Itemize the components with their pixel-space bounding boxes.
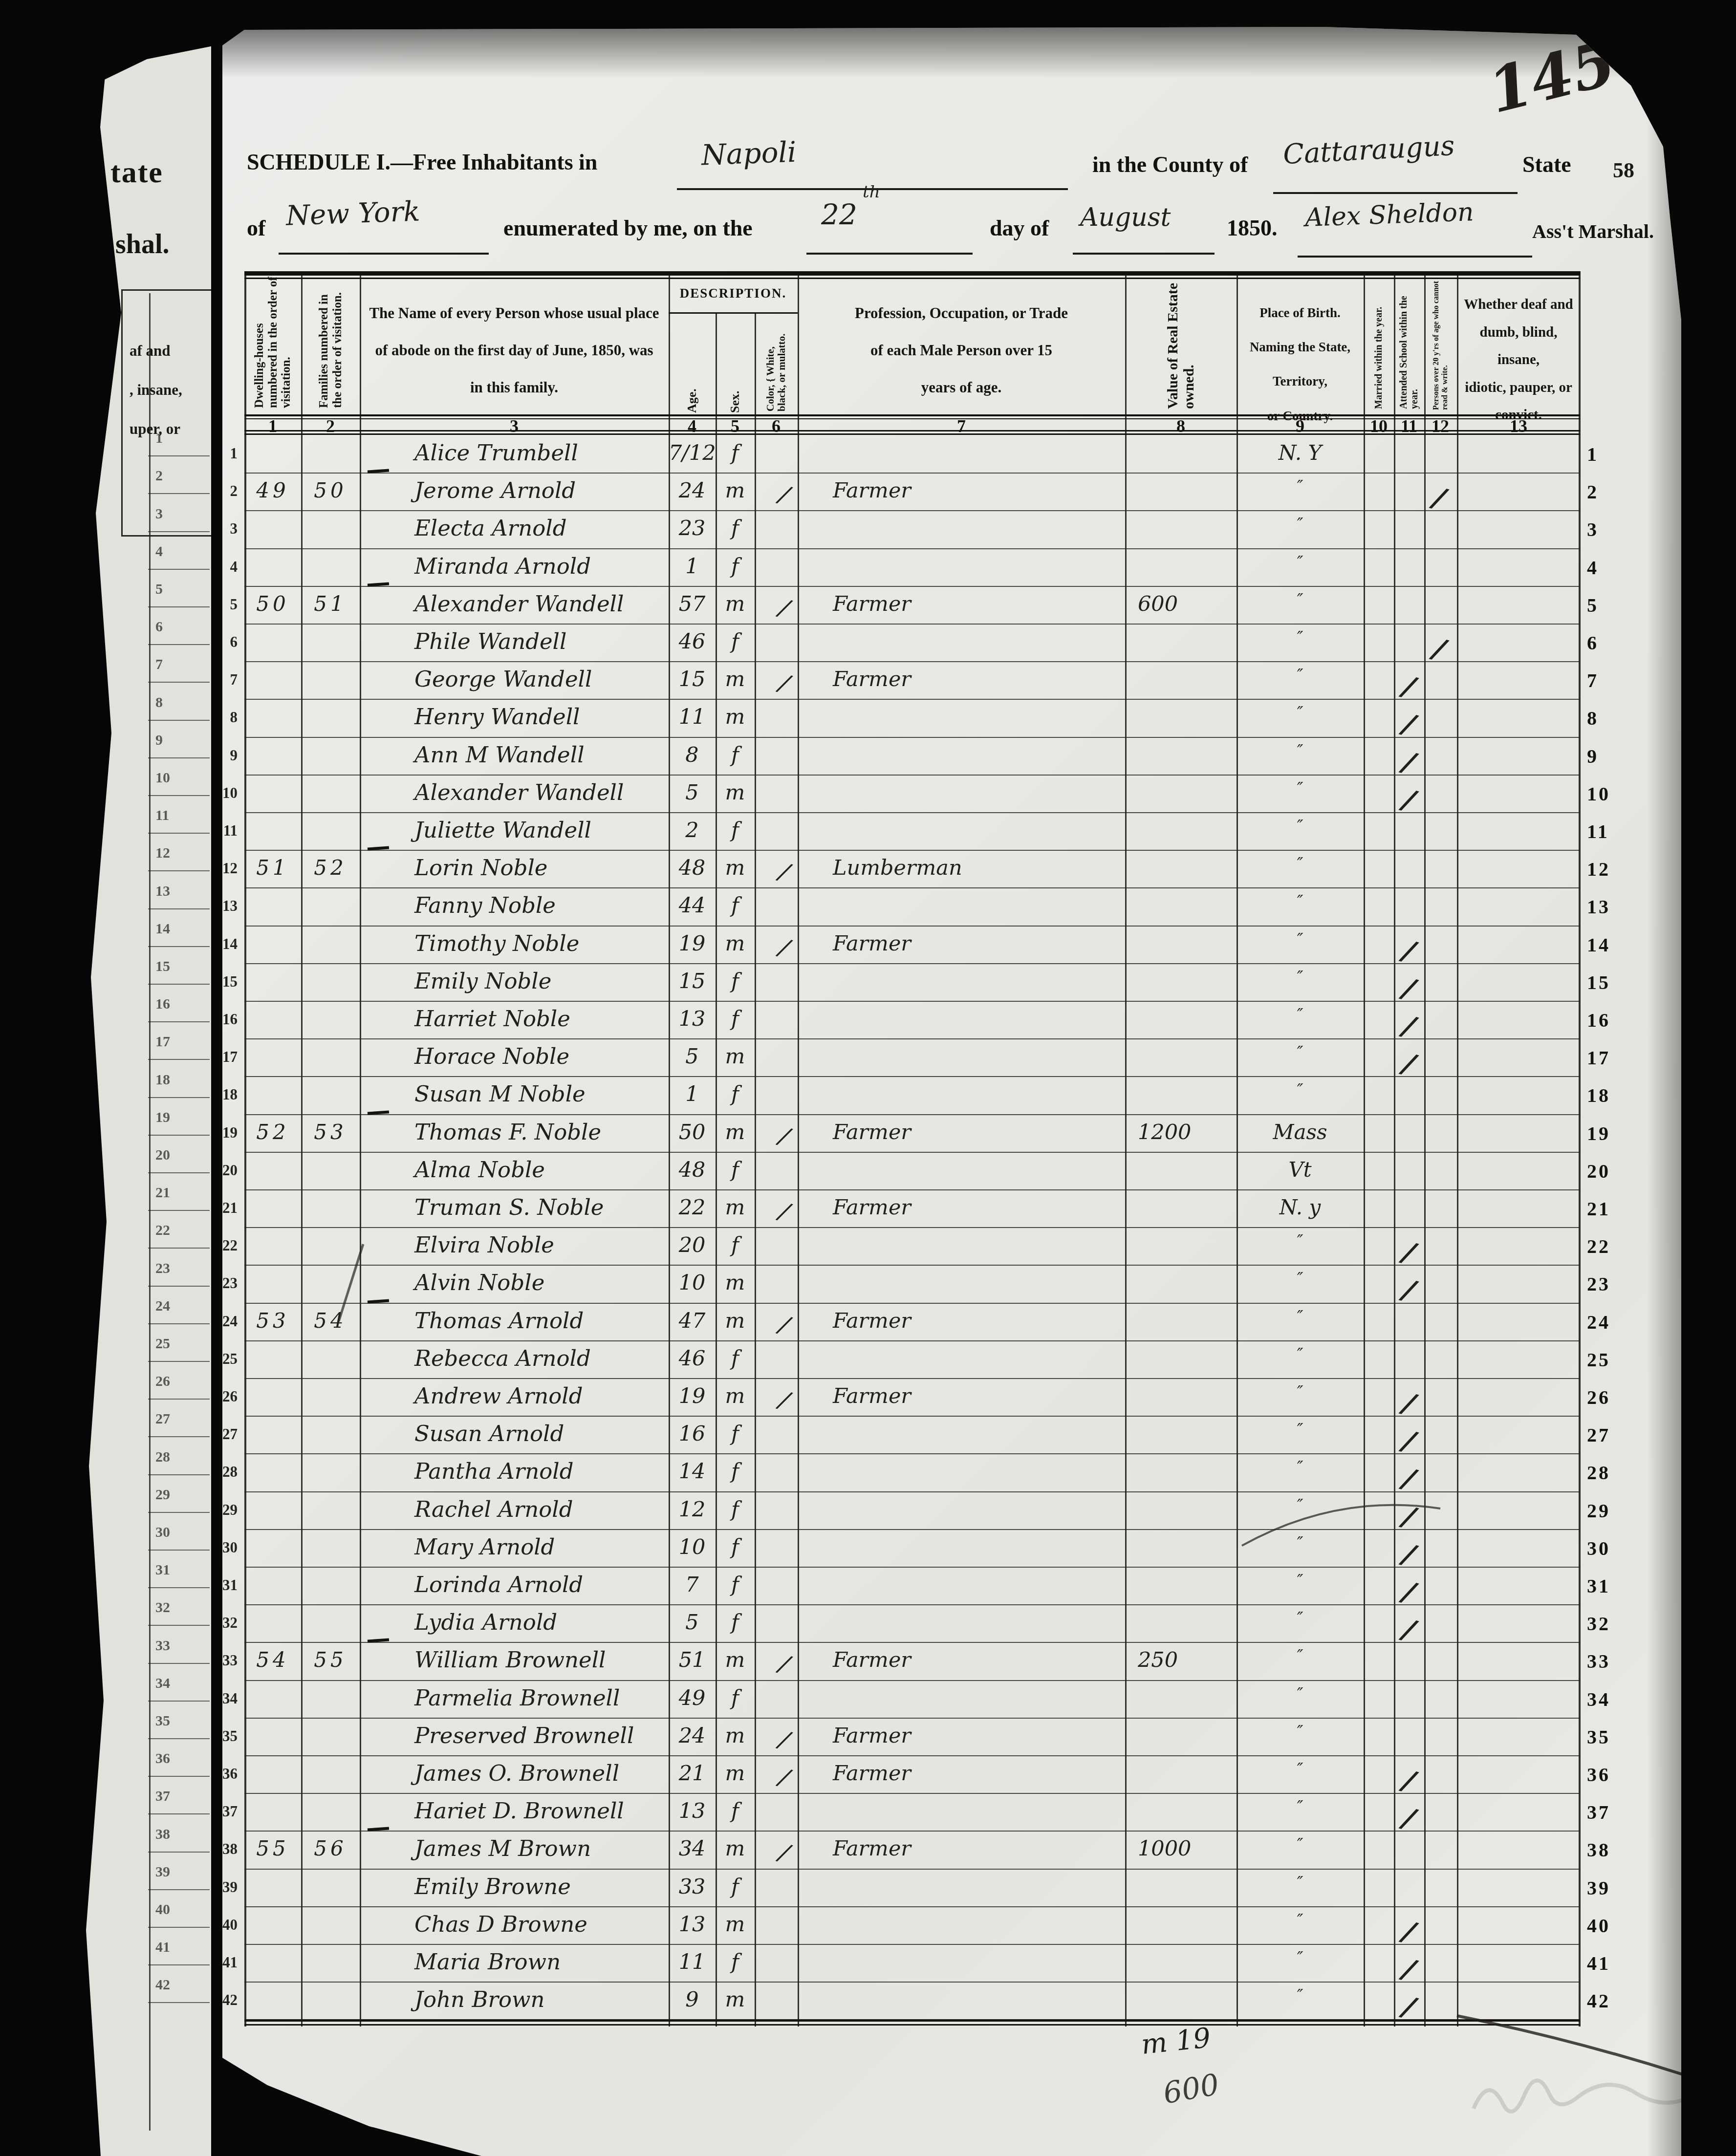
- header-line: idiotic, pauper, or: [1457, 374, 1580, 402]
- sex-value: f: [716, 1001, 755, 1039]
- birthplace: ″: [1237, 661, 1364, 699]
- person-row: Henry Wandell11m″/: [244, 699, 1580, 737]
- column-header-text: Persons over 20 y'rs of age who cannot r…: [1432, 276, 1449, 410]
- line-number-left: 35: [209, 1727, 238, 1745]
- line-number-right: 27: [1587, 1423, 1633, 1446]
- fragment-column-box: af and , insane, uper, or: [121, 289, 213, 537]
- strip-row-line: [148, 1625, 210, 1626]
- fragment-state-text: tate: [110, 155, 163, 190]
- line-number-left: 4: [209, 558, 238, 576]
- age-value: 23: [669, 510, 716, 548]
- line-number-right: 22: [1587, 1235, 1633, 1258]
- person-row: Andrew Arnold19m/Farmer″/: [244, 1378, 1580, 1416]
- line-number-right: 15: [1587, 971, 1633, 994]
- person-row: Truman S. Noble22m/FarmerN. y: [244, 1189, 1580, 1228]
- occupation: Farmer: [798, 1718, 1125, 1756]
- strip-row-line: [148, 1097, 210, 1098]
- line-number-right: 1: [1587, 443, 1633, 466]
- person-name: Susan M Noble: [360, 1076, 669, 1114]
- line-number-left: 33: [209, 1652, 238, 1669]
- line-number-left: 31: [209, 1576, 238, 1594]
- age-value: 7/12: [669, 435, 716, 473]
- line-number-right: 7: [1587, 669, 1633, 692]
- age-value: 48: [669, 1152, 716, 1190]
- strip-row-number: 21: [155, 1185, 185, 1201]
- sex-value: f: [716, 1869, 755, 1907]
- sex-value: m: [716, 699, 755, 737]
- line-number-left: 12: [209, 860, 238, 877]
- occupation-check-mark: /: [774, 665, 794, 703]
- occupation: Farmer: [798, 473, 1125, 511]
- birthplace: ″: [1237, 699, 1364, 737]
- strip-row-number: 34: [155, 1675, 185, 1692]
- sex-value: m: [716, 850, 755, 888]
- strip-row-line: [148, 908, 210, 909]
- strip-row-line: [148, 1021, 210, 1022]
- person-name: Chas D Browne: [360, 1906, 669, 1944]
- real-estate-value: 250: [1125, 1642, 1237, 1680]
- birthplace: ″: [1237, 1831, 1364, 1869]
- age-value: 5: [669, 775, 716, 813]
- person-row: Harriet Noble13f″/: [244, 1001, 1580, 1039]
- sex-value: m: [716, 473, 755, 511]
- person-row: John Brown9m″/: [244, 1982, 1580, 2020]
- column-number: 1: [253, 416, 292, 436]
- dwelling-number: 52: [244, 1114, 301, 1152]
- birthplace: ″: [1237, 887, 1364, 926]
- strip-row-line: [148, 1361, 210, 1362]
- strip-row-number: 11: [155, 807, 185, 824]
- sex-value: m: [716, 775, 755, 813]
- person-name: Emily Browne: [360, 1869, 669, 1907]
- line-number-left: 14: [209, 935, 238, 953]
- sex-value: m: [716, 586, 755, 624]
- person-name: Alexander Wandell: [360, 775, 669, 813]
- column-header-text: Sex.: [728, 320, 742, 413]
- person-row: 5354Thomas Arnold47m/Farmer″: [244, 1303, 1580, 1341]
- column-header-text: Age.: [685, 320, 699, 413]
- person-name: Alma Noble: [360, 1152, 669, 1190]
- strip-row-number: 36: [155, 1750, 185, 1767]
- occupation-check-mark: /: [774, 476, 794, 515]
- description-rule: [669, 312, 798, 314]
- sex-value: f: [716, 737, 755, 775]
- birthplace: ″: [1237, 1755, 1364, 1793]
- strip-row-line: [148, 833, 210, 834]
- blank-line: [1298, 256, 1532, 258]
- header-line: dumb, blind, insane,: [1457, 319, 1580, 374]
- line-number-left: 8: [209, 709, 238, 726]
- sex-value: m: [716, 1038, 755, 1077]
- line-number-right: 29: [1587, 1499, 1633, 1522]
- line-number-right: 34: [1587, 1688, 1633, 1711]
- occupation-check-mark: /: [774, 1193, 794, 1231]
- strip-row-number: 25: [155, 1336, 185, 1352]
- birthplace: ″: [1237, 963, 1364, 1001]
- header-line: of each Male Person over 15: [798, 332, 1125, 369]
- column-header-age: Age.: [669, 318, 716, 413]
- line-number-right: 30: [1587, 1537, 1633, 1560]
- family-number: 55: [301, 1642, 360, 1680]
- column-number: 4: [673, 416, 712, 436]
- sex-value: f: [716, 1491, 755, 1530]
- person-row: Ann M Wandell8f″/: [244, 737, 1580, 775]
- sex-value: m: [716, 926, 755, 964]
- line-number-left: 23: [209, 1274, 238, 1292]
- strip-row-number: 12: [155, 845, 185, 862]
- person-name: Harriet Noble: [360, 1001, 669, 1039]
- strip-row-number: 39: [155, 1864, 185, 1880]
- sex-value: f: [716, 1416, 755, 1454]
- printed-page-number: 58: [1613, 158, 1634, 183]
- strip-row-number: 33: [155, 1638, 185, 1654]
- person-row: Alice Trumbell7/12fN. Y: [244, 435, 1580, 473]
- person-row: 4950Jerome Arnold24m/Farmer″/: [244, 473, 1580, 511]
- column-number: 12: [1421, 416, 1460, 436]
- sex-value: f: [716, 1944, 755, 1982]
- strip-row-number: 22: [155, 1222, 185, 1239]
- bottom-note-handwritten: 600: [1161, 2068, 1222, 2111]
- person-name: Rachel Arnold: [360, 1491, 669, 1530]
- line-number-right: 6: [1587, 631, 1633, 654]
- age-value: 10: [669, 1265, 716, 1303]
- birthplace: ″: [1237, 1793, 1364, 1831]
- age-value: 24: [669, 473, 716, 511]
- birthplace: ″: [1237, 1906, 1364, 1944]
- birthplace: N. Y: [1237, 435, 1364, 473]
- column-number: 9: [1280, 416, 1320, 436]
- header-line: The Name of every Person whose usual pla…: [360, 295, 669, 332]
- age-value: 19: [669, 926, 716, 964]
- strip-row-line: [148, 1813, 210, 1814]
- birthplace: ″: [1237, 1378, 1364, 1416]
- strip-row-number: 38: [155, 1826, 185, 1843]
- person-row: 5253Thomas F. Noble50m/Farmer1200Mass: [244, 1114, 1580, 1152]
- strip-row-number: 14: [155, 921, 185, 937]
- line-number-right: 41: [1587, 1952, 1633, 1975]
- strip-row-number: 20: [155, 1147, 185, 1164]
- strip-row-number: 17: [155, 1034, 185, 1050]
- person-row: Alvin Noble10m″/: [244, 1265, 1580, 1303]
- line-number-left: 13: [209, 897, 238, 915]
- person-name: Jerome Arnold: [360, 473, 669, 511]
- person-row: Alexander Wandell5m″/: [244, 775, 1580, 813]
- line-number-left: 38: [209, 1840, 238, 1858]
- person-row: Parmelia Brownell49f″: [244, 1680, 1580, 1718]
- strip-row-line: [148, 1550, 210, 1551]
- person-row: Lydia Arnold5f″/: [244, 1604, 1580, 1642]
- person-row: James O. Brownell21m/Farmer″/: [244, 1755, 1580, 1793]
- fragment-text-line: , insane,: [130, 381, 182, 399]
- person-name: Rebecca Arnold: [360, 1340, 669, 1379]
- strip-row-number: 32: [155, 1599, 185, 1616]
- strip-row-number: 1: [155, 430, 185, 447]
- column-number: 6: [757, 416, 796, 436]
- person-row: Emily Noble15f″/: [244, 963, 1580, 1001]
- age-value: 24: [669, 1718, 716, 1756]
- birthplace: ″: [1237, 1227, 1364, 1265]
- line-number-right: 13: [1587, 895, 1633, 918]
- age-value: 9: [669, 1982, 716, 2020]
- person-row: Electa Arnold23f″: [244, 510, 1580, 548]
- person-row: Horace Noble5m″/: [244, 1038, 1580, 1077]
- age-value: 7: [669, 1567, 716, 1605]
- strip-row-line: [148, 1889, 210, 1890]
- corner-number-handwritten: 7: [1681, 2082, 1699, 2115]
- strip-row-number: 16: [155, 996, 185, 1013]
- header-line: years of age.: [798, 369, 1125, 406]
- birthplace: ″: [1237, 1869, 1364, 1907]
- day-number-handwritten: 22: [821, 198, 857, 231]
- strip-row-line: [148, 1286, 210, 1287]
- line-number-left: 26: [209, 1388, 238, 1405]
- sex-value: f: [716, 1227, 755, 1265]
- birthplace: ″: [1237, 1567, 1364, 1605]
- day-of-label: day of: [990, 215, 1049, 241]
- age-value: 22: [669, 1189, 716, 1228]
- person-name: Emily Noble: [360, 963, 669, 1001]
- person-name: Pantha Arnold: [360, 1453, 669, 1491]
- person-row: 5051Alexander Wandell57m/Farmer600″: [244, 586, 1580, 624]
- strip-row-line: [148, 757, 210, 758]
- age-value: 11: [669, 699, 716, 737]
- column-header-dwelling: Dwelling-houses numbered in the order of…: [244, 276, 301, 412]
- line-number-left: 24: [209, 1313, 238, 1330]
- faint-pencil-scrawl: [1464, 2035, 1736, 2143]
- strip-row-number: 24: [155, 1298, 185, 1315]
- birthplace: Vt: [1237, 1152, 1364, 1190]
- description-header: DESCRIPTION.: [669, 286, 798, 301]
- line-number-left: 17: [209, 1048, 238, 1066]
- column-number: 13: [1499, 416, 1538, 436]
- sex-value: f: [716, 1604, 755, 1642]
- occupation-check-mark: /: [774, 1834, 794, 1873]
- person-name: Andrew Arnold: [360, 1378, 669, 1416]
- line-number-right: 33: [1587, 1650, 1633, 1673]
- strip-row-line: [148, 1399, 210, 1400]
- person-row: Fanny Noble44f″: [244, 887, 1580, 926]
- state-name-handwritten: New York: [285, 195, 421, 232]
- line-number-left: 5: [209, 596, 238, 613]
- stray-pen-stroke: [334, 1241, 368, 1324]
- birthplace: ″: [1237, 1604, 1364, 1642]
- line-number-left: 2: [209, 482, 238, 500]
- occupation: Farmer: [798, 1303, 1125, 1341]
- column-header-sex: Sex.: [716, 318, 755, 413]
- header-line: in this family.: [360, 369, 669, 406]
- age-value: 2: [669, 812, 716, 850]
- strip-row-line: [148, 682, 210, 683]
- strip-row-line: [148, 455, 210, 456]
- age-value: 19: [669, 1378, 716, 1416]
- age-value: 13: [669, 1793, 716, 1831]
- occupation-check-mark: /: [774, 1646, 794, 1684]
- fragment-text-line: af and: [130, 342, 171, 360]
- birthplace: ″: [1237, 1944, 1364, 1982]
- person-name: Thomas Arnold: [360, 1303, 669, 1341]
- person-row: Miranda Arnold1f″: [244, 548, 1580, 586]
- sex-value: m: [716, 1114, 755, 1152]
- occupation-check-mark: /: [774, 1306, 794, 1345]
- day-suffix-handwritten: th: [863, 182, 880, 202]
- schedule-title: SCHEDULE I.—Free Inhabitants in: [247, 149, 597, 175]
- line-number-left: 25: [209, 1350, 238, 1368]
- strip-row-line: [148, 1135, 210, 1136]
- age-value: 5: [669, 1038, 716, 1077]
- strip-row-number: 4: [155, 543, 185, 560]
- age-value: 34: [669, 1831, 716, 1869]
- strip-row-line: [148, 1776, 210, 1777]
- sex-value: f: [716, 1567, 755, 1605]
- sex-value: f: [716, 963, 755, 1001]
- strip-row-number: 7: [155, 656, 185, 673]
- birthplace: ″: [1237, 473, 1364, 511]
- person-name: Preserved Brownell: [360, 1718, 669, 1756]
- age-value: 47: [669, 1303, 716, 1341]
- strip-row-line: [148, 1663, 210, 1664]
- birthplace: ″: [1237, 1303, 1364, 1341]
- occupation-check-mark: /: [774, 1759, 794, 1797]
- strip-row-line: [148, 569, 210, 570]
- sex-value: m: [716, 1718, 755, 1756]
- occupation: Farmer: [798, 1378, 1125, 1416]
- strip-row-line: [148, 1172, 210, 1173]
- person-row: Susan Arnold16f″/: [244, 1416, 1580, 1454]
- person-name: Electa Arnold: [360, 510, 669, 548]
- birthplace: ″: [1237, 1265, 1364, 1303]
- dwelling-number: 50: [244, 586, 301, 624]
- person-row: Phile Wandell46f″/: [244, 624, 1580, 662]
- strip-row-line: [148, 531, 210, 532]
- marshal-title: Ass't Marshal.: [1532, 220, 1654, 243]
- line-number-right: 5: [1587, 594, 1633, 617]
- family-number: 51: [301, 586, 360, 624]
- strip-row-line: [148, 1436, 210, 1437]
- birthplace: ″: [1237, 1001, 1364, 1039]
- stray-pen-stroke: [1239, 1483, 1444, 1552]
- birthplace: ″: [1237, 1038, 1364, 1077]
- year-label: 1850.: [1227, 215, 1278, 241]
- strip-row-line: [148, 1474, 210, 1475]
- age-value: 5: [669, 1604, 716, 1642]
- strip-row-number: 23: [155, 1260, 185, 1277]
- line-number-left: 7: [209, 671, 238, 689]
- age-value: 46: [669, 1340, 716, 1379]
- birthplace: ″: [1237, 548, 1364, 586]
- birthplace: ″: [1237, 1642, 1364, 1680]
- person-row: Alma Noble48fVt: [244, 1152, 1580, 1190]
- column-number: 8: [1161, 416, 1200, 436]
- line-number-right: 36: [1587, 1763, 1633, 1786]
- strip-row-number: 6: [155, 619, 185, 635]
- line-number-right: 38: [1587, 1838, 1633, 1861]
- column-header-occupation: Profession, Occupation, or Trade of each…: [798, 271, 1125, 436]
- strip-row-number: 8: [155, 694, 185, 711]
- line-number-left: 10: [209, 784, 238, 802]
- line-number-left: 20: [209, 1162, 238, 1179]
- column-header-text: Color, { White, black, or mulatto.: [765, 318, 787, 411]
- line-number-right: 16: [1587, 1009, 1633, 1032]
- strip-row-line: [148, 1701, 210, 1702]
- birthplace: ″: [1237, 1340, 1364, 1379]
- strip-row-number: 31: [155, 1562, 185, 1578]
- sex-value: f: [716, 887, 755, 926]
- sex-value: f: [716, 1076, 755, 1114]
- line-number-left: 28: [209, 1463, 238, 1481]
- family-number: 56: [301, 1831, 360, 1869]
- strip-row-line: [148, 1210, 210, 1211]
- person-row: 5556James M Brown34m/Farmer1000″: [244, 1831, 1580, 1869]
- person-row: Rebecca Arnold46f″: [244, 1340, 1580, 1379]
- strip-row-number: 30: [155, 1524, 185, 1541]
- person-name: Susan Arnold: [360, 1416, 669, 1454]
- occupation: Farmer: [798, 1114, 1125, 1152]
- enumerator-signature: Alex Sheldon: [1304, 197, 1474, 233]
- birthplace: ″: [1237, 775, 1364, 813]
- person-name: Alexander Wandell: [360, 586, 669, 624]
- line-number-left: 18: [209, 1086, 238, 1103]
- age-value: 44: [669, 887, 716, 926]
- person-name: Lorin Noble: [360, 850, 669, 888]
- birthplace: ″: [1237, 737, 1364, 775]
- blank-line: [806, 253, 973, 255]
- sex-value: m: [716, 1189, 755, 1228]
- strip-row-line: [148, 1323, 210, 1324]
- occupation: Lumberman: [798, 850, 1125, 888]
- column-number: 2: [311, 416, 350, 436]
- sex-value: m: [716, 1755, 755, 1793]
- sex-value: m: [716, 1642, 755, 1680]
- line-number-left: 39: [209, 1878, 238, 1896]
- header-line: of abode on the first day of June, 1850,…: [360, 332, 669, 369]
- line-number-right: 28: [1587, 1461, 1633, 1484]
- sex-value: m: [716, 1303, 755, 1341]
- fragment-marshal-text: shal.: [115, 229, 170, 260]
- strip-row-line: [148, 946, 210, 947]
- person-name: William Brownell: [360, 1642, 669, 1680]
- dwelling-number: 53: [244, 1303, 301, 1341]
- person-row: Emily Browne33f″: [244, 1869, 1580, 1907]
- column-header-name: The Name of every Person whose usual pla…: [360, 271, 669, 436]
- birthplace: ″: [1237, 1680, 1364, 1718]
- strip-row-number: 28: [155, 1449, 185, 1466]
- age-value: 8: [669, 737, 716, 775]
- person-name: Phile Wandell: [360, 624, 669, 662]
- person-name: Fanny Noble: [360, 887, 669, 926]
- column-header-text: Value of Real Estate owned.: [1165, 276, 1197, 409]
- strip-row-number: 26: [155, 1373, 185, 1390]
- line-number-right: 9: [1587, 745, 1633, 768]
- person-name: Alice Trumbell: [360, 435, 669, 473]
- occupation: Farmer: [798, 926, 1125, 964]
- age-value: 20: [669, 1227, 716, 1265]
- town-name-handwritten: Napoli: [701, 135, 797, 172]
- column-header-color: Color, { White, black, or mulatto.: [755, 318, 798, 413]
- line-number-left: 37: [209, 1803, 238, 1820]
- birthplace: ″: [1237, 812, 1364, 850]
- strip-row-line: [148, 2002, 210, 2003]
- age-value: 51: [669, 1642, 716, 1680]
- line-number-right: 14: [1587, 933, 1633, 956]
- sex-value: f: [716, 1453, 755, 1491]
- dwelling-number: 54: [244, 1642, 301, 1680]
- person-name: Timothy Noble: [360, 926, 669, 964]
- sex-value: m: [716, 1378, 755, 1416]
- occupation: Farmer: [798, 1755, 1125, 1793]
- header-line: Whether deaf and: [1457, 291, 1580, 319]
- person-row: Juliette Wandell2f″: [244, 812, 1580, 850]
- column-header-cannot-read: Persons over 20 y'rs of age who cannot r…: [1424, 276, 1457, 412]
